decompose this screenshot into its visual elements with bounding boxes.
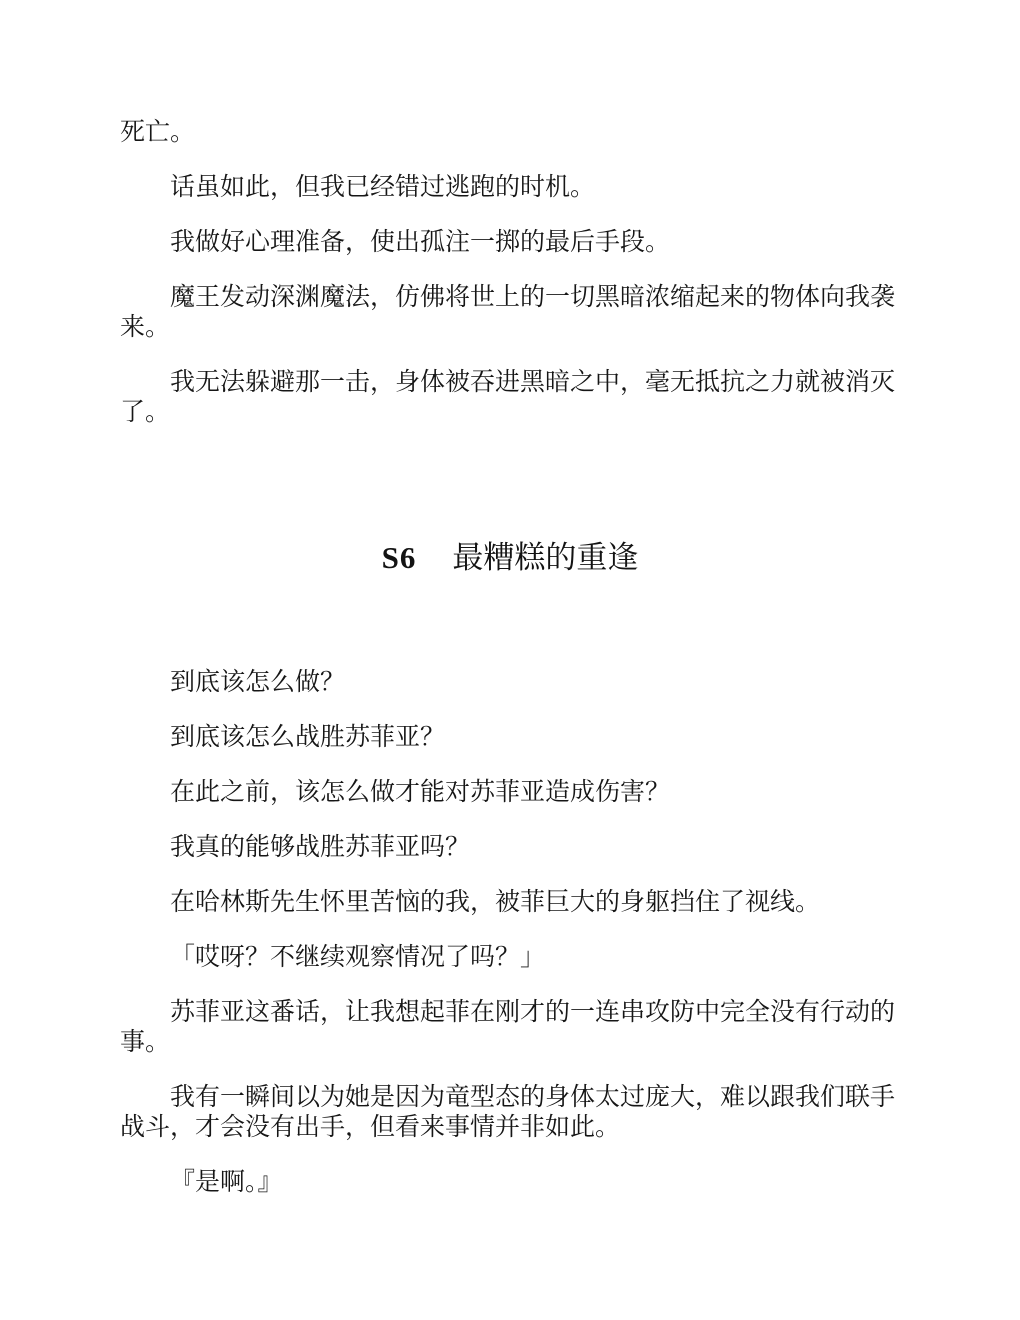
paragraph: 我无法躲避那一击，身体被吞进黑暗之中，毫无抵抗之力就被消灭了。: [120, 368, 900, 428]
paragraph: 在此之前，该怎么做才能对苏菲亚造成伤害？: [120, 778, 900, 808]
chapter-title: 最糟糕的重逢: [452, 540, 638, 575]
paragraph: 话虽如此，但我已经错过逃跑的时机。: [120, 173, 900, 203]
paragraph: 我真的能够战胜苏菲亚吗？: [120, 833, 900, 863]
paragraph: 苏菲亚这番话，让我想起菲在刚才的一连串攻防中完全没有行动的事。: [120, 998, 900, 1058]
paragraph: 我做好心理准备，使出孤注一掷的最后手段。: [120, 228, 900, 258]
paragraph: 魔王发动深渊魔法，仿佛将世上的一切黑暗浓缩起来的物体向我袭来。: [120, 283, 900, 343]
paragraph: 死亡。: [120, 118, 900, 148]
paragraph: 到底该怎么战胜苏菲亚？: [120, 723, 900, 753]
paragraph: 我有一瞬间以为她是因为竜型态的身体太过庞大，难以跟我们联手战斗，才会没有出手，但…: [120, 1083, 900, 1143]
document-page: { "document": { "pre_heading_paragraphs"…: [0, 0, 1020, 1320]
paragraph: 在哈林斯先生怀里苦恼的我，被菲巨大的身躯挡住了视线。: [120, 888, 900, 918]
page-text-block: 死亡。 话虽如此，但我已经错过逃跑的时机。 我做好心理准备，使出孤注一掷的最后手…: [120, 0, 900, 1223]
chapter-number: S6: [382, 540, 417, 575]
paragraph-dialogue: 『是啊。』: [120, 1168, 900, 1198]
paragraph: 到底该怎么做？: [120, 668, 900, 698]
paragraph-dialogue: 「哎呀？不继续观察情况了吗？」: [120, 943, 900, 973]
chapter-heading: S6最糟糕的重逢: [120, 538, 900, 578]
